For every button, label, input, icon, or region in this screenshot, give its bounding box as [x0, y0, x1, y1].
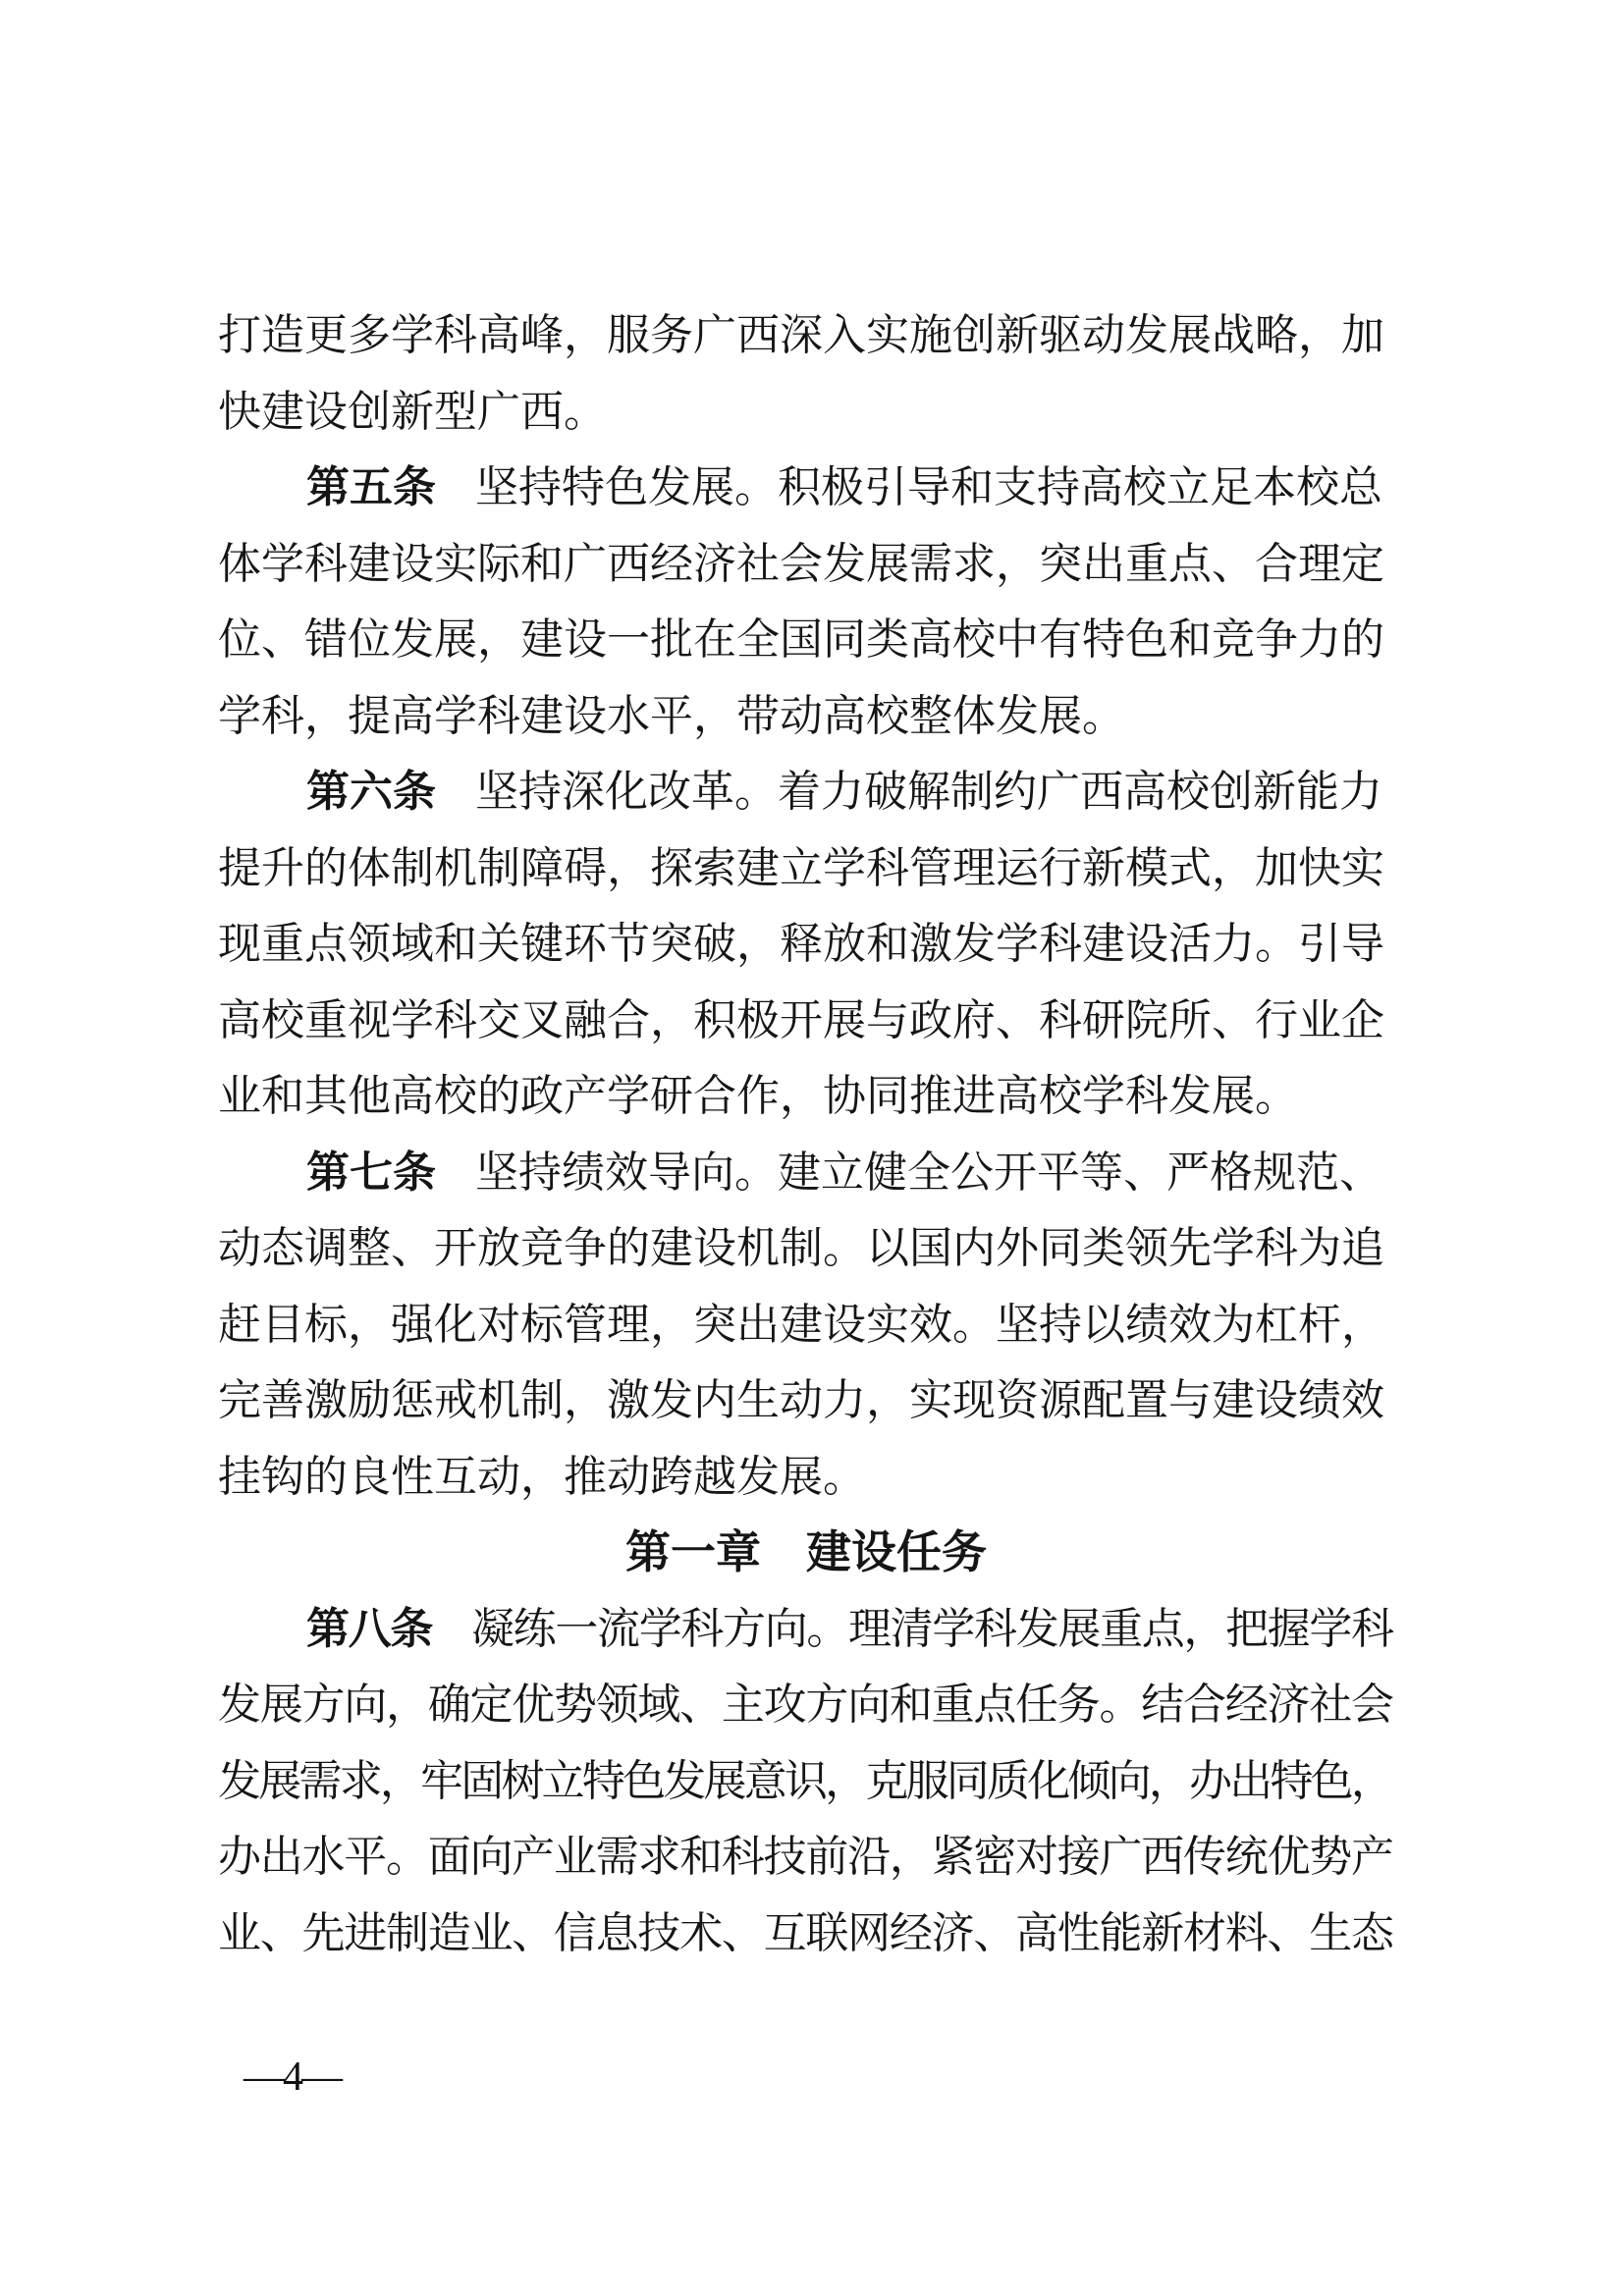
document-lines: 打造更多学科高峰，服务广西深入实施创新驱动发展战略，加快建设创新型广西。第五条坚…	[218, 297, 1394, 1971]
text-line: 业、先进制造业、信息技术、互联网经济、高性能新材料、生态	[218, 1896, 1394, 1972]
text-line: 位、错位发展，建设一批在全国同类高校中有特色和竞争力的	[218, 602, 1394, 678]
chapter-heading: 第一章建设任务	[218, 1515, 1394, 1591]
chapter-title: 建设任务	[806, 1526, 987, 1577]
article-number-label: 第七条	[306, 1148, 436, 1197]
text-line: 赶目标，强化对标管理，突出建设实效。坚持以绩效为杠杆，	[218, 1287, 1394, 1363]
text-line: 发展方向，确定优势领域、主攻方向和重点任务。结合经济社会	[218, 1667, 1394, 1743]
text-line: 挂钩的良性互动，推动跨越发展。	[218, 1439, 1394, 1516]
text-line: 体学科建设实际和广西经济社会发展需求，突出重点、合理定	[218, 526, 1394, 603]
line-text: 坚持绩效导向。建立健全公开平等、严格规范、	[475, 1148, 1382, 1197]
text-line: 打造更多学科高峰，服务广西深入实施创新驱动发展战略，加	[218, 297, 1394, 374]
text-line: 快建设创新型广西。	[218, 374, 1394, 451]
text-line: 第七条坚持绩效导向。建立健全公开平等、严格规范、	[218, 1135, 1394, 1211]
text-line: 现重点领域和关键环节突破，释放和激发学科建设活力。引导	[218, 906, 1394, 983]
chapter-number-label: 第一章	[625, 1526, 761, 1577]
text-line: 发展需求，牢固树立特色发展意识，克服同质化倾向，办出特色，	[218, 1743, 1394, 1820]
text-line: 动态调整、开放竞争的建设机制。以国内外同类领先学科为追	[218, 1210, 1394, 1287]
article-number-label: 第五条	[306, 463, 436, 511]
text-line: 学科，提高学科建设水平，带动高校整体发展。	[218, 678, 1394, 755]
text-line: 业和其他高校的政产学研合作，协同推进高校学科发展。	[218, 1058, 1394, 1135]
line-text: 凝练一流学科方向。理清学科发展重点，把握学科	[471, 1605, 1393, 1653]
text-line: 办出水平。面向产业需求和科技前沿，紧密对接广西传统优势产	[218, 1819, 1394, 1896]
text-line: 高校重视学科交叉融合，积极开展与政府、科研院所、行业企	[218, 983, 1394, 1059]
text-line: 第八条凝练一流学科方向。理清学科发展重点，把握学科	[218, 1591, 1394, 1668]
text-line: 提升的体制机制障碍，探索建立学科管理运行新模式，加快实	[218, 830, 1394, 907]
text-line: 第六条坚持深化改革。着力破解制约广西高校创新能力	[218, 754, 1394, 830]
line-text: 坚持深化改革。着力破解制约广西高校创新能力	[475, 768, 1382, 816]
line-text: 坚持特色发展。积极引导和支持高校立足本校总	[475, 463, 1382, 511]
article-number-label: 第六条	[306, 768, 436, 816]
article-number-label: 第八条	[306, 1605, 432, 1653]
document-page: 打造更多学科高峰，服务广西深入实施创新驱动发展战略，加快建设创新型广西。第五条坚…	[0, 0, 1624, 2296]
text-line: 第五条坚持特色发展。积极引导和支持高校立足本校总	[218, 450, 1394, 526]
text-line: 完善激励惩戒机制，激发内生动力，实现资源配置与建设绩效	[218, 1362, 1394, 1439]
page-number: —4—	[244, 2054, 341, 2101]
